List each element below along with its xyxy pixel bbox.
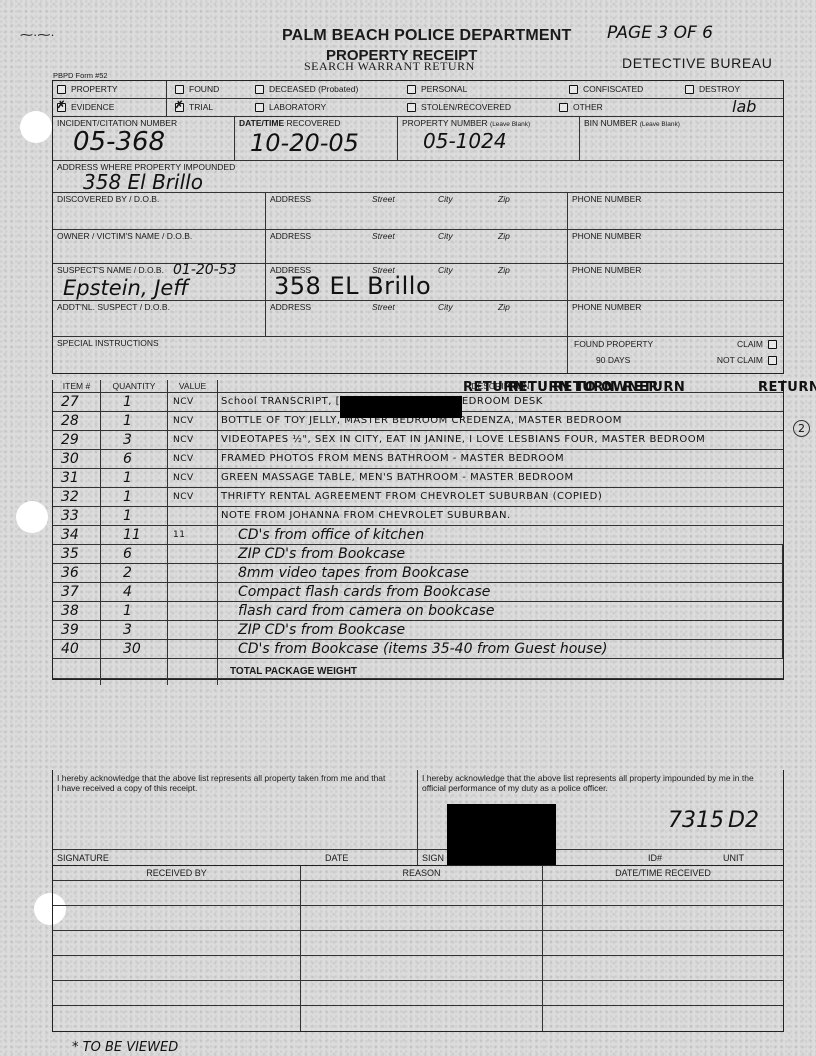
suspect-address-field[interactable]: ADDRESS Street City Zip 358 EL Brillo — [266, 264, 568, 300]
reason-cell[interactable] — [301, 1006, 543, 1031]
item-description: THRIFTY RENTAL AGREEMENT FROM CHEVROLET … — [218, 488, 783, 506]
reason-cell[interactable] — [301, 931, 543, 955]
address-impounded-field[interactable]: ADDRESS WHERE PROPERTY IMPOUNDED 358 El … — [53, 161, 783, 192]
checkbox-other[interactable]: OTHER — [559, 102, 603, 112]
checkbox-box[interactable] — [407, 103, 416, 112]
acknowledgement-section: I hereby acknowledge that the above list… — [52, 770, 784, 866]
checkbox-box[interactable] — [768, 340, 777, 349]
item-description: ZIP CD's from Bookcase — [218, 621, 783, 639]
item-description: CD's from Bookcase (items 35-40 from Gue… — [218, 640, 783, 658]
item-number: 36 — [53, 564, 101, 582]
total-weight-label: TOTAL PACKAGE WEIGHT — [218, 659, 783, 685]
item-number: 35 — [53, 545, 101, 563]
checkbox-box[interactable] — [255, 103, 264, 112]
item-value: NCV — [168, 412, 218, 430]
item-quantity: 30 — [101, 640, 168, 658]
document-page: ⁓·⁓· PALM BEACH POLICE DEPARTMENT PROPER… — [0, 0, 816, 1056]
item-number: 32 — [53, 488, 101, 506]
date-recovered-field[interactable]: DATE/TIME RECOVERED 10-20-05 — [235, 117, 398, 160]
address-impounded-row: ADDRESS WHERE PROPERTY IMPOUNDED 358 El … — [53, 161, 783, 193]
owner-signature-line[interactable]: SIGNATURE DATE — [53, 849, 417, 865]
received-row — [53, 931, 783, 956]
special-instructions-field[interactable]: SPECIAL INSTRUCTIONS — [53, 337, 568, 373]
item-number: 37 — [53, 583, 101, 601]
checkbox-box[interactable] — [255, 85, 264, 94]
item-value — [168, 507, 218, 525]
item-number: 29 — [53, 431, 101, 449]
item-quantity: 3 — [101, 621, 168, 639]
reason-cell[interactable] — [301, 906, 543, 930]
additional-suspect-phone-field[interactable]: PHONE NUMBER — [568, 301, 783, 336]
item-description: ZIP CD's from Bookcase — [218, 545, 783, 563]
date-received-cell[interactable] — [543, 981, 783, 1005]
date-recovered-value: 10-20-05 — [250, 129, 359, 157]
additional-suspect-row: ADDT'NL. SUSPECT / D.O.B. ADDRESS Street… — [53, 301, 783, 337]
discovered-by-field[interactable]: DISCOVERED BY / D.O.B. — [53, 193, 266, 229]
reason-cell[interactable] — [301, 956, 543, 980]
item-description: NOTE FROM JOHANNA FROM CHEVROLET SUBURBA… — [218, 507, 783, 525]
suspect-name-value: Epstein, Jeff — [63, 276, 188, 300]
table-row: 3628mm video tapes from BookcaseRETURN — [53, 564, 783, 583]
item-value: NCV — [168, 469, 218, 487]
received-row — [53, 881, 783, 906]
item-number: 27 — [53, 393, 101, 411]
redaction-box — [340, 396, 462, 418]
received-row — [53, 981, 783, 1006]
scan-smudge: ⁓·⁓· — [20, 27, 55, 43]
item-quantity: 2 — [101, 564, 168, 582]
checkbox-property[interactable]: PROPERTY — [57, 84, 118, 94]
owner-acknowledgement: I hereby acknowledge that the above list… — [53, 770, 418, 865]
received-table: RECEIVED BY REASON DATE/TIME RECEIVED — [52, 865, 784, 1032]
additional-suspect-field[interactable]: ADDT'NL. SUSPECT / D.O.B. — [53, 301, 266, 336]
item-quantity: 1 — [101, 412, 168, 430]
item-description: CD's from office of kitchen — [218, 526, 783, 544]
item-number: 33 — [53, 507, 101, 525]
item-quantity: 1 — [101, 507, 168, 525]
item-value — [168, 545, 218, 563]
discovered-address-field[interactable]: ADDRESS Street City Zip — [266, 193, 568, 229]
item-value: NCV — [168, 488, 218, 506]
checkbox-box[interactable] — [768, 356, 777, 365]
other-note-handwritten: lab — [732, 97, 756, 116]
checkbox-laboratory[interactable]: LABORATORY — [255, 102, 326, 112]
table-row: 311NCVGREEN MASSAGE TABLE, MEN'S BATHROO… — [53, 469, 783, 488]
bureau-label: DETECTIVE BUREAU — [622, 55, 772, 71]
owner-row: OWNER / VICTIM'S NAME / D.O.B. ADDRESS S… — [53, 230, 783, 264]
return-note: RETURN — [508, 380, 570, 395]
table-row: 381flash card from camera on bookcaseRET… — [53, 602, 783, 621]
checkbox-box[interactable] — [559, 103, 568, 112]
received-row — [53, 906, 783, 931]
table-row: 341111CD's from office of kitchen — [53, 526, 783, 545]
table-row: 374Compact flash cards from BookcaseRETU… — [53, 583, 783, 602]
item-number: 34 — [53, 526, 101, 544]
date-received-cell[interactable] — [543, 1006, 783, 1031]
item-number: 40 — [53, 640, 101, 658]
item-description: School TRANSCRIPT, [REDACTED] MASTER BED… — [218, 393, 783, 411]
item-number: 39 — [53, 621, 101, 639]
received-by-cell[interactable] — [53, 931, 301, 955]
received-by-cell[interactable] — [53, 906, 301, 930]
incident-row: INCIDENT/CITATION NUMBER 05-368 DATE/TIM… — [53, 117, 783, 161]
checkbox-box-checked[interactable] — [57, 103, 66, 112]
checkbox-confiscated[interactable]: CONFISCATED — [569, 84, 643, 94]
checkbox-not-claim[interactable]: NOT CLAIM — [717, 355, 777, 365]
discovered-phone-field[interactable]: PHONE NUMBER — [568, 193, 783, 229]
item-quantity: 1 — [101, 469, 168, 487]
total-weight-row: TOTAL PACKAGE WEIGHT — [53, 659, 783, 679]
table-row: 331NOTE FROM JOHANNA FROM CHEVROLET SUBU… — [53, 507, 783, 526]
category-row-1: PROPERTY FOUND DECEASED (Probated) PERSO… — [53, 81, 783, 99]
checkbox-found[interactable]: FOUND — [175, 84, 219, 94]
received-row — [53, 956, 783, 981]
item-quantity: 3 — [101, 431, 168, 449]
redaction-box — [447, 804, 556, 865]
date-received-cell[interactable] — [543, 956, 783, 980]
suspect-address-value: 358 EL Brillo — [274, 272, 431, 300]
special-instructions-row: SPECIAL INSTRUCTIONS FOUND PROPERTY 90 D… — [53, 337, 783, 373]
item-value: NCV — [168, 393, 218, 411]
item-value — [168, 640, 218, 658]
incident-number-value: 05-368 — [73, 127, 165, 157]
item-description: 8mm video tapes from Bookcase — [218, 564, 783, 582]
header-item-number: ITEM # — [53, 380, 101, 392]
checkbox-destroy[interactable]: DESTROY — [685, 84, 740, 94]
item-quantity: 11 — [101, 526, 168, 544]
checkbox-personal[interactable]: PERSONAL — [407, 84, 467, 94]
address-impounded-value: 358 El Brillo — [83, 170, 203, 194]
table-row: 306NCVFRAMED PHOTOS FROM MENS BATHROOM -… — [53, 450, 783, 469]
additional-suspect-address-field[interactable]: ADDRESS Street City Zip — [266, 301, 568, 336]
date-received-cell[interactable] — [543, 881, 783, 905]
item-value — [168, 602, 218, 620]
header-quantity: QUANTITY — [101, 380, 168, 392]
return-note: RETURN — [758, 380, 816, 395]
reason-cell[interactable] — [301, 881, 543, 905]
item-value: NCV — [168, 450, 218, 468]
property-number-field[interactable]: PROPERTY NUMBER (Leave Blank) 05-1024 — [398, 117, 580, 160]
form-number: PBPD Form #52 — [53, 71, 108, 80]
checkbox-evidence[interactable]: EVIDENCE — [57, 102, 114, 112]
items-table: ITEM # QUANTITY VALUE DESCRIPTION 271NCV… — [52, 380, 784, 680]
item-quantity: 4 — [101, 583, 168, 601]
bin-number-field[interactable]: BIN NUMBER (Leave Blank) — [580, 117, 783, 160]
punch-hole — [20, 111, 52, 143]
discovered-row: DISCOVERED BY / D.O.B. ADDRESS Street Ci… — [53, 193, 783, 230]
checkbox-box[interactable] — [685, 85, 694, 94]
property-number-value: 05-1024 — [423, 129, 507, 153]
table-row: 321NCVTHRIFTY RENTAL AGREEMENT FROM CHEV… — [53, 488, 783, 507]
checkbox-stolen-recovered[interactable]: STOLEN/RECOVERED — [407, 102, 511, 112]
table-row: 4030CD's from Bookcase (items 35-40 from… — [53, 640, 783, 659]
table-row: 293NCVVIDEOTAPES ½", SEX IN CITY, EAT IN… — [53, 431, 783, 450]
item-quantity: 6 — [101, 545, 168, 563]
received-by-cell[interactable] — [53, 1006, 301, 1031]
officer-unit-value: D2 — [728, 808, 759, 833]
received-by-cell[interactable] — [53, 956, 301, 980]
item-quantity: 1 — [101, 488, 168, 506]
item-number: 28 — [53, 412, 101, 430]
item-description: FRAMED PHOTOS FROM MENS BATHROOM - MASTE… — [218, 450, 783, 468]
suspect-name-field[interactable]: SUSPECT'S NAME / D.O.B. 01-20-53 Epstein… — [53, 264, 266, 300]
form-subtitle: SEARCH WARRANT RETURN — [304, 59, 475, 74]
checkbox-box[interactable] — [407, 85, 416, 94]
item-quantity: 1 — [101, 602, 168, 620]
item-description: GREEN MASSAGE TABLE, MEN'S BATHROOM - MA… — [218, 469, 783, 487]
table-row: 393ZIP CD's from BookcaseRETURN — [53, 621, 783, 640]
punch-hole — [16, 501, 48, 533]
suspect-phone-field[interactable]: PHONE NUMBER — [568, 264, 783, 300]
items-table-body: 271NCVSchool TRANSCRIPT, [REDACTED] MAST… — [53, 393, 783, 659]
item-value: NCV — [168, 431, 218, 449]
item-value — [168, 564, 218, 582]
item-description: BOTTLE OF TOY JELLY, MASTER BEDROOM CRED… — [218, 412, 783, 430]
item-value — [168, 583, 218, 601]
owner-name-field[interactable]: OWNER / VICTIM'S NAME / D.O.B. — [53, 230, 266, 263]
item-description: Compact flash cards from Bookcase — [218, 583, 783, 601]
item-value — [168, 621, 218, 639]
item-quantity: 1 — [101, 393, 168, 411]
department-title: PALM BEACH POLICE DEPARTMENT — [282, 27, 571, 45]
owner-address-field[interactable]: ADDRESS Street City Zip — [266, 230, 568, 263]
checkbox-claim[interactable]: CLAIM — [737, 339, 777, 349]
item-value: 11 — [168, 526, 218, 544]
received-row — [53, 1006, 783, 1031]
date-received-cell[interactable] — [543, 931, 783, 955]
received-by-cell[interactable] — [53, 981, 301, 1005]
checkbox-box-checked[interactable] — [175, 103, 184, 112]
side-mark-circle: 2 — [793, 420, 810, 437]
suspect-row: SUSPECT'S NAME / D.O.B. 01-20-53 Epstein… — [53, 264, 783, 301]
incident-number-field[interactable]: INCIDENT/CITATION NUMBER 05-368 — [53, 117, 235, 160]
officer-id-value: 7315 — [668, 808, 724, 833]
found-property-field: FOUND PROPERTY 90 DAYS CLAIM NOT CLAIM — [568, 337, 783, 373]
owner-phone-field[interactable]: PHONE NUMBER — [568, 230, 783, 263]
category-row-2: EVIDENCE TRIAL LABORATORY STOLEN/RECOVER… — [53, 99, 783, 117]
checkbox-box[interactable] — [569, 85, 578, 94]
checkbox-trial[interactable]: TRIAL — [175, 102, 213, 112]
received-table-header: RECEIVED BY REASON DATE/TIME RECEIVED — [53, 866, 783, 881]
table-row: 356ZIP CD's from BookcaseRETURN — [53, 545, 783, 564]
header-value: VALUE — [168, 380, 218, 392]
property-receipt-form: PROPERTY FOUND DECEASED (Probated) PERSO… — [52, 80, 784, 374]
reason-cell[interactable] — [301, 981, 543, 1005]
footer-handwritten-note: * TO BE VIEWED — [72, 1040, 178, 1055]
item-quantity: 6 — [101, 450, 168, 468]
item-description: VIDEOTAPES ½", SEX IN CITY, EAT IN JANIN… — [218, 431, 783, 449]
item-number: 31 — [53, 469, 101, 487]
received-by-cell[interactable] — [53, 881, 301, 905]
checkbox-box[interactable] — [57, 85, 66, 94]
item-description: flash card from camera on bookcase — [218, 602, 783, 620]
page-number-note: PAGE 3 OF 6 — [607, 23, 713, 43]
checkbox-deceased[interactable]: DECEASED (Probated) — [255, 84, 358, 94]
checkbox-box[interactable] — [175, 85, 184, 94]
item-number: 38 — [53, 602, 101, 620]
item-number: 30 — [53, 450, 101, 468]
date-received-cell[interactable] — [543, 906, 783, 930]
